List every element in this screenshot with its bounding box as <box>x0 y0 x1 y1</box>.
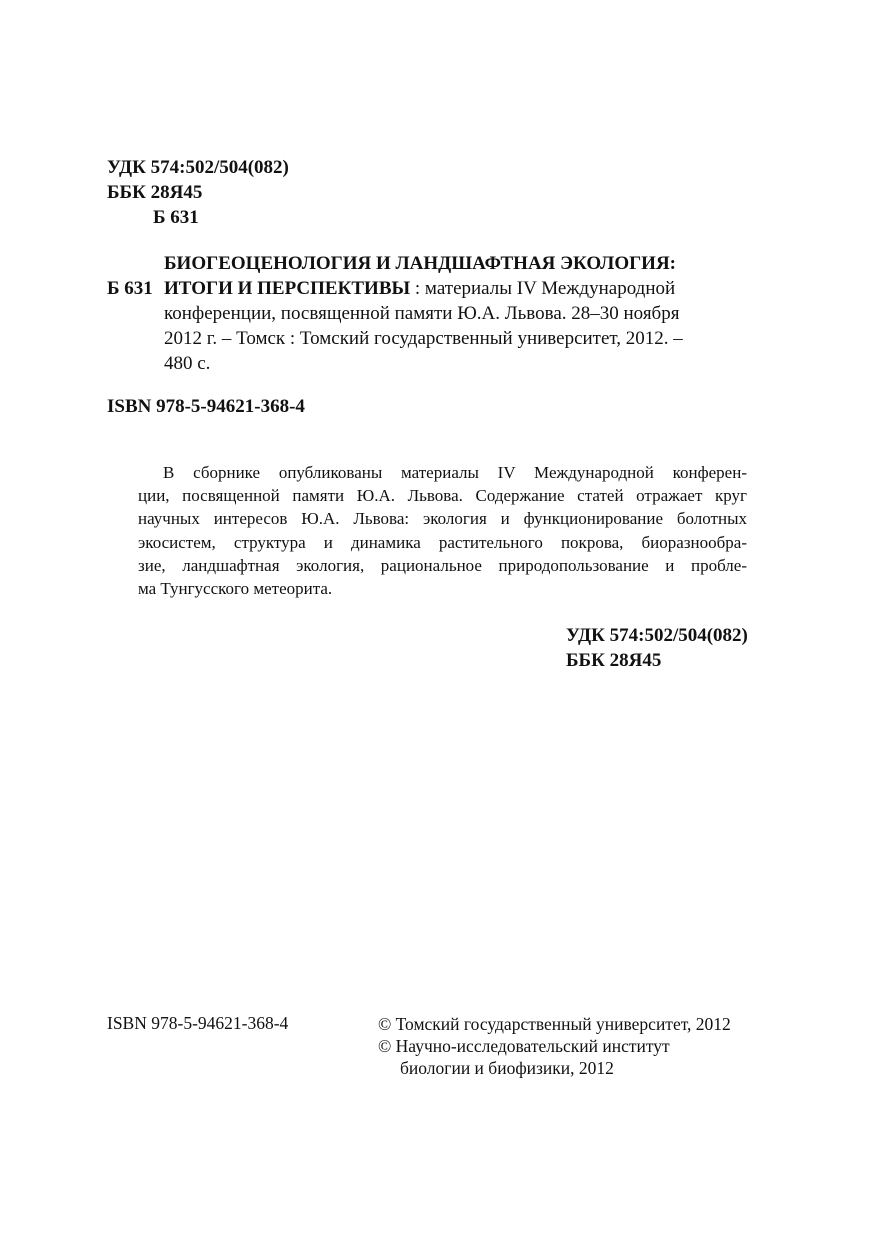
annotation-line: ции, посвященной памяти Ю.А. Львова. Сод… <box>138 484 747 507</box>
copyright-institute: © Научно-исследовательский институт <box>378 1035 731 1057</box>
annotation-line: В сборнике опубликованы материалы IV Меж… <box>138 461 747 484</box>
annotation-line: научных интересов Ю.А. Львова: экология … <box>138 507 747 530</box>
title-line-1: БИОГЕОЦЕНОЛОГИЯ И ЛАНДШАФТНАЯ ЭКОЛОГИЯ: <box>164 251 764 276</box>
bbk-code-right: ББК 28Я45 <box>566 648 748 673</box>
copyright-block: © Томский государственный университет, 2… <box>378 1013 731 1079</box>
isbn-number: ISBN 978-5-94621-368-4 <box>107 396 305 418</box>
udk-code-right: УДК 574:502/504(082) <box>566 623 748 648</box>
annotation-paragraph: В сборнике опубликованы материалы IV Меж… <box>138 461 747 600</box>
entry-line-3: конференции, посвященной памяти Ю.А. Льв… <box>164 301 764 326</box>
copyright-university: © Томский государственный университет, 2… <box>378 1013 731 1035</box>
title-line-2: ИТОГИ И ПЕРСПЕКТИВЫ : материалы IV Между… <box>164 276 764 301</box>
annotation-line: ма Тунгусского метеорита. <box>138 577 747 600</box>
footer-isbn: ISBN 978-5-94621-368-4 <box>107 1013 288 1034</box>
entry-line-4: 2012 г. – Томск : Томский государственны… <box>164 326 764 351</box>
bibliographic-entry: БИОГЕОЦЕНОЛОГИЯ И ЛАНДШАФТНАЯ ЭКОЛОГИЯ: … <box>164 251 764 376</box>
bbk-code: ББК 28Я45 <box>107 180 289 205</box>
classification-codes-right: УДК 574:502/504(082) ББК 28Я45 <box>566 623 748 673</box>
title-bold-part: ИТОГИ И ПЕРСПЕКТИВЫ <box>164 278 410 299</box>
title-rest: : материалы IV Международной <box>410 278 675 299</box>
entry-line-5: 480 с. <box>164 351 764 376</box>
author-mark: Б 631 <box>107 205 289 230</box>
entry-author-mark: Б 631 <box>107 276 153 301</box>
classification-codes: УДК 574:502/504(082) ББК 28Я45 Б 631 <box>107 155 289 230</box>
copyright-institute-cont: биологии и биофизики, 2012 <box>378 1057 731 1079</box>
annotation-line: экосистем, структура и динамика растител… <box>138 531 747 554</box>
udk-code: УДК 574:502/504(082) <box>107 155 289 180</box>
annotation-line: зие, ландшафтная экология, рациональное … <box>138 554 747 577</box>
